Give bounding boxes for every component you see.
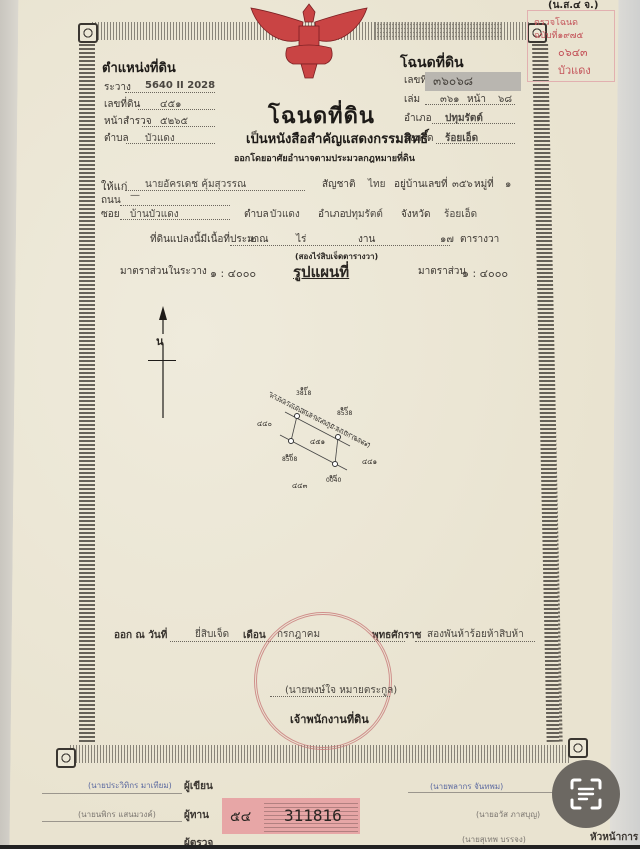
corner-ornament-icon <box>568 738 588 758</box>
neighbor-parcel: ๔๔๓ <box>292 481 307 492</box>
stamp-line: ฉบับที่๑๙๗๕ <box>534 28 583 42</box>
province-label: จังหวัด <box>404 131 433 146</box>
area-wa-label: ตารางวา <box>460 232 499 247</box>
underline <box>120 205 230 206</box>
serial-number: 311816 <box>284 806 342 825</box>
owner-district-value: ปทุมรัตต์ <box>345 207 383 222</box>
owner-district-label: อำเภอ <box>318 207 346 222</box>
serial-prefix: ๕๔ <box>230 806 251 828</box>
moo-value: ๑ <box>505 177 511 192</box>
road-value: — <box>130 190 140 201</box>
verification-stamp: ตรวจโฉนด ฉบับที่๑๙๗๕ ๐๖๔๓ บัวแดง <box>527 10 615 82</box>
signature-line <box>42 793 182 794</box>
map-title: รูปแผนที่ <box>293 260 349 284</box>
stamp-line: ตรวจโฉนด <box>534 15 578 29</box>
deed-number-value: ๓๖๐๖๘ <box>425 72 521 91</box>
page-value: ๖๘ <box>498 92 512 107</box>
nationality-label: สัญชาติ <box>322 177 356 192</box>
marker-1-bottom: 3818 <box>296 390 311 397</box>
top-border-pattern-right <box>375 22 530 40</box>
garuda-emblem-icon <box>247 0 372 80</box>
signer-role: ผู้เขียน <box>184 779 213 794</box>
underline <box>270 696 390 697</box>
month-label: เดือน <box>243 628 266 643</box>
map-scale-label: มาตราส่วน <box>418 264 466 279</box>
province-value: ร้อยเอ็ด <box>445 131 478 146</box>
parcel-value: ๔๕๑ <box>160 97 181 112</box>
moo-label: หมู่ที่ <box>474 177 494 192</box>
road-label: ถนน <box>101 193 121 208</box>
north-arrow-icon <box>158 306 168 418</box>
marker-4-bottom: 0040 <box>326 477 341 484</box>
stamp-line: บัวแดง <box>558 61 591 79</box>
soi-value: บ้านบัวแดง <box>130 207 179 222</box>
book-label: เล่ม <box>404 92 420 107</box>
signer-role: หัวหน้าการ <box>590 830 638 845</box>
book-value: ๓๖๑ <box>440 92 460 107</box>
neighbor-parcel: ๔๔๐ <box>257 419 272 430</box>
sheet-scale-label: มาตราส่วนในระวาง <box>120 264 207 279</box>
deed-header: โฉนดที่ดิน <box>400 52 464 74</box>
page-label: หน้า <box>467 92 486 107</box>
page-subtitle: เป็นหนังสือสำคัญแสดงกรรมสิทธิ์ <box>246 128 428 149</box>
corner-ornament-icon <box>56 748 76 768</box>
owner-subdistrict-value: บัวแดง <box>270 207 300 222</box>
bottom-edge <box>0 845 640 849</box>
signer-role: ผู้ทาน <box>184 808 209 823</box>
owner-subdistrict-label: ตำบล <box>244 207 269 222</box>
crosshair <box>148 360 176 361</box>
house-no-value: ๓๕๖ <box>452 177 473 192</box>
signer-name: (นายอวัส ภาสบุญ) <box>476 808 540 821</box>
scan-text-icon <box>568 776 604 812</box>
deed-number-label: เลขที่ <box>404 73 427 88</box>
position-header: ตำแหน่งที่ดิน <box>102 57 176 78</box>
signature-line <box>42 821 182 822</box>
serial-number-label: ๕๔ 311816 <box>222 798 360 834</box>
soi-label: ซอย <box>101 207 120 222</box>
neighbor-parcel: ๔๔๑ <box>362 457 377 468</box>
owner-province-label: จังหวัด <box>401 207 430 222</box>
parcel-label: เลขที่ดิน <box>104 97 140 112</box>
owner-name: นายอัครเดช คุ้มสุวรรณ <box>145 177 246 192</box>
parcel-number: ๔๕๑ <box>310 437 325 448</box>
officer-title: เจ้าพนักงานที่ดิน <box>290 710 369 728</box>
underline <box>230 245 450 246</box>
signer-name: (นายประวิทิกร มาเทียม) <box>88 779 172 792</box>
underline <box>125 92 215 93</box>
subdistrict-label: ตำบล <box>104 131 129 146</box>
map-scale-value: ๑ : ๔๐๐๐ <box>462 264 508 282</box>
nationality-value: ไทย <box>368 177 385 192</box>
issued-label: ออก ณ วันที่ <box>114 628 167 643</box>
year-value: สองพันห้าร้อยห้าสิบห้า <box>427 627 524 642</box>
corner-ornament-icon <box>78 23 98 43</box>
house-no-label: อยู่บ้านเลขที่ <box>394 177 448 192</box>
stamp-line: ๐๖๔๓ <box>558 43 588 61</box>
left-border-pattern <box>79 42 95 742</box>
parcel-map <box>240 370 400 500</box>
survey-page-value: ๕๒๖๕ <box>160 114 188 129</box>
issuing-authority: ออกโดยอาศัยอำนาจตามประมวลกฎหมายที่ดิน <box>234 151 415 165</box>
district-label: อำเภอ <box>404 111 432 126</box>
marker-3-bottom: 8508 <box>282 456 297 463</box>
sheet-value: 5640 II 2028 <box>145 80 215 91</box>
signer-name: (นายนพิกร แสนมวงค์) <box>78 808 156 821</box>
north-label: น <box>156 332 164 350</box>
signature-line <box>408 792 558 793</box>
issued-day: ยี่สิบเจ็ด <box>195 627 229 642</box>
subdistrict-value: บัวแดง <box>145 131 175 146</box>
scan-text-button[interactable] <box>552 760 620 828</box>
district-value: ปทุมรัตต์ <box>445 111 483 126</box>
marker-2-bottom: 8538 <box>337 410 352 417</box>
official-seal <box>254 612 392 750</box>
owner-province-value: ร้อยเอ็ด <box>444 207 477 222</box>
sheet-scale-value: ๑ : ๔๐๐๐ <box>210 264 256 282</box>
